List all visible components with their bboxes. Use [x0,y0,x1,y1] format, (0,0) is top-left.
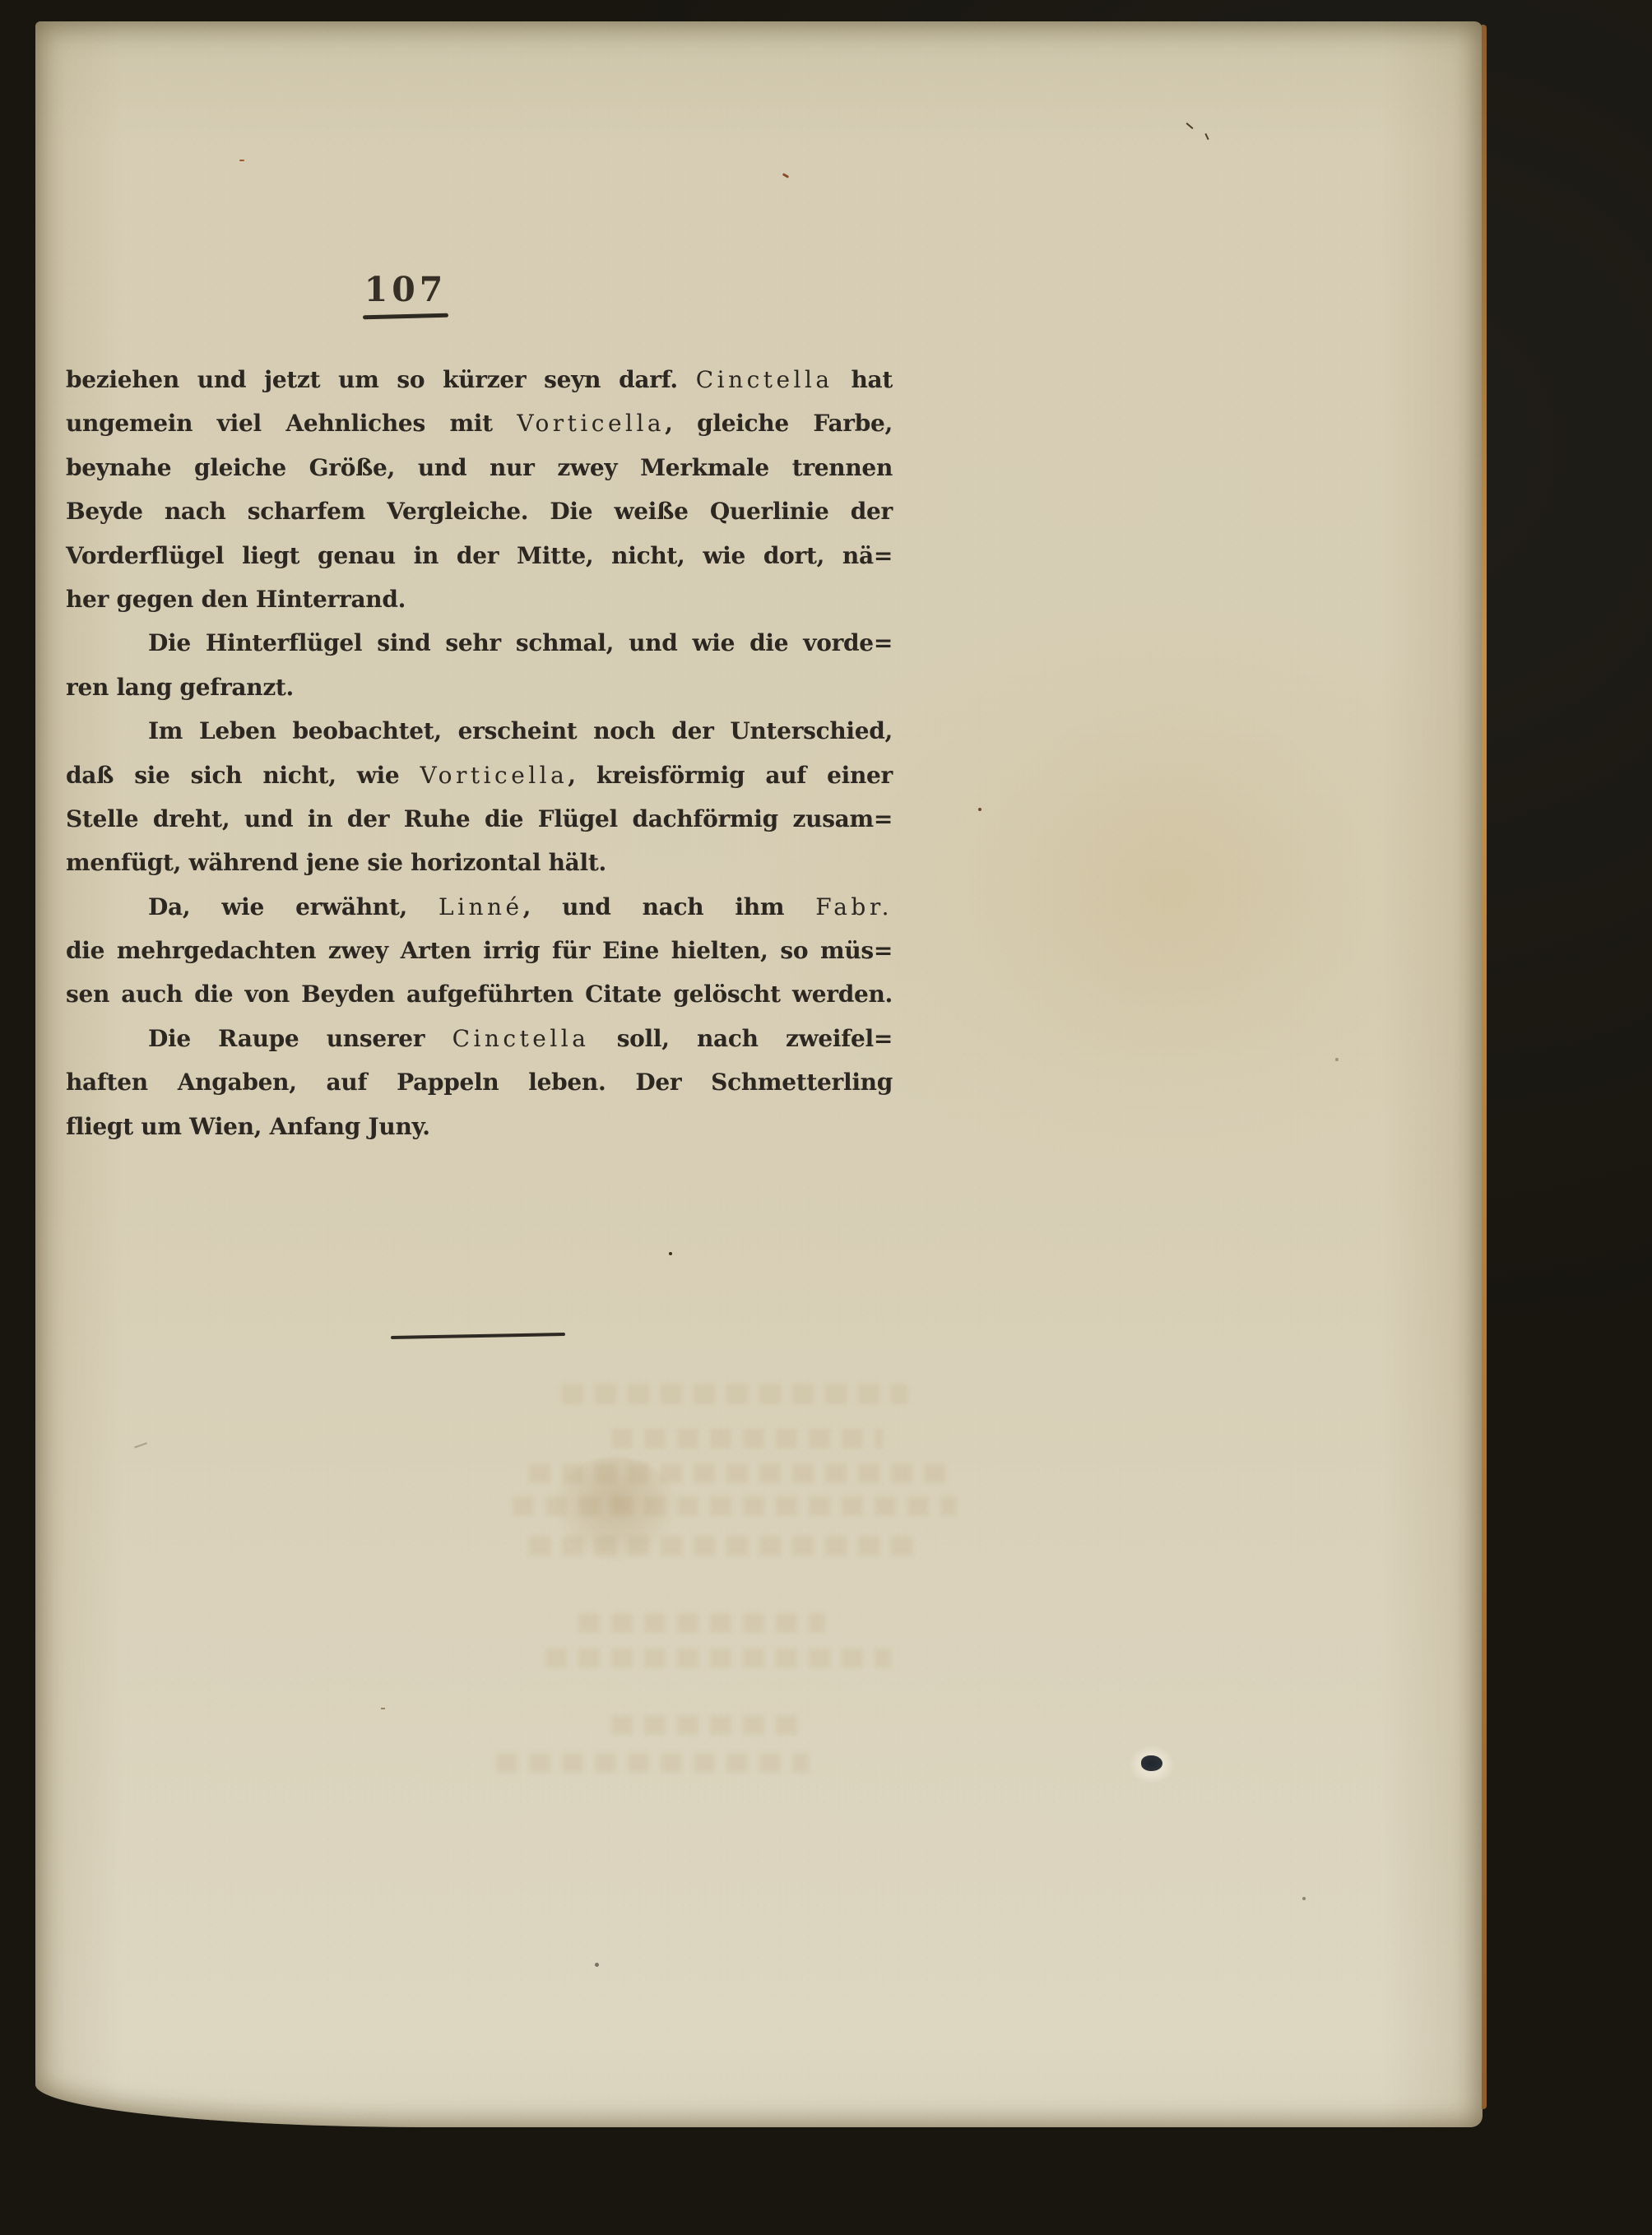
dust-speck [669,1252,672,1255]
paper-hole [1141,1755,1162,1771]
fraktur-text: beynahe gleiche Größe, und nur zwey Merk… [66,454,893,481]
verso-bleed-through [529,1536,924,1556]
fraktur-text: Die Hinterflügel sind sehr schmal, und w… [148,629,893,656]
verso-bleed-through [496,1753,809,1773]
text-line: menfügt, während jene sie horizontal häl… [66,841,893,884]
fraktur-text: , und nach ihm [523,893,816,920]
section-divider-rule [391,1333,565,1339]
fraktur-text: hat [833,366,893,393]
fraktur-text: Vorderflügel liegt genau in der Mitte, n… [66,542,893,569]
verso-bleed-through [611,1715,809,1735]
text-line: fliegt um Wien, Anfang Juny. [66,1105,893,1148]
text-line: daß sie sich nicht, wie Vorticella, krei… [66,754,893,797]
fraktur-text: Beyde nach scharfem Vergleiche. Die weiß… [66,498,893,525]
fraktur-text: beziehen und jetzt um so kürzer seyn dar… [66,366,696,393]
text-line: Stelle dreht, und in der Ruhe die Flügel… [66,797,893,841]
text-line: Beyde nach scharfem Vergleiche. Die weiß… [66,489,893,533]
dust-speck [978,808,981,811]
page-number-underline [363,313,448,320]
dust-speck [595,1963,599,1967]
text-line: ren lang gefranzt. [66,665,893,709]
latin-species-text: Fabr. [815,893,893,920]
text-line: haften Angaben, auf Pappeln leben. Der S… [66,1060,893,1104]
text-line: Die Raupe unserer Cinctella soll, nach z… [66,1017,893,1060]
fraktur-text: Die Raupe unserer [148,1025,452,1052]
dust-speck [1302,1897,1306,1900]
fraktur-text: sen auch die von Beyden aufgeführten Cit… [66,981,893,1008]
verso-bleed-through [578,1613,825,1633]
text-line: sen auch die von Beyden aufgeführten Cit… [66,972,893,1016]
text-line: her gegen den Hinterrand. [66,577,893,621]
paper-fiber [134,1442,147,1448]
text-line: Die Hinterflügel sind sehr schmal, und w… [66,621,893,665]
fraktur-text: Im Leben beobachtet, erscheint noch der … [148,717,893,744]
latin-species-text: Linné [439,893,523,920]
dust-speck [1335,1058,1339,1061]
latin-species-text: Vorticella [420,762,568,789]
fraktur-text: , kreisförmig auf einer [568,762,893,789]
fraktur-text: , gleiche Farbe, [665,410,893,437]
page-number: 107 [362,273,449,307]
fraktur-text: her gegen den Hinterrand. [66,586,406,613]
text-line: Vorderflügel liegt genau in der Mitte, n… [66,534,893,577]
dust-speck [1186,123,1194,129]
fraktur-text: daß sie sich nicht, wie [66,762,420,789]
verso-bleed-through [562,1384,907,1404]
latin-species-text: Cinctella [696,366,833,393]
fraktur-text: Stelle dreht, und in der Ruhe die Flügel… [66,805,893,832]
body-text: beziehen und jetzt um so kürzer seyn dar… [66,358,893,1148]
dust-speck [1204,133,1209,140]
fraktur-text: die mehrgedachten zwey Arten irrig für E… [66,937,893,964]
fraktur-text: ungemein viel Aehnliches mit [66,410,517,437]
paper-discoloration [957,704,1385,1083]
latin-species-text: Cinctella [452,1025,590,1052]
verso-bleed-through [513,1496,957,1516]
dust-speck [381,1708,385,1709]
text-line: Im Leben beobachtet, erscheint noch der … [66,709,893,753]
fraktur-text: soll, nach zweifel= [589,1025,893,1052]
fraktur-text: fliegt um Wien, Anfang Juny. [66,1113,430,1140]
dust-speck [782,173,789,179]
fraktur-text: haften Angaben, auf Pappeln leben. Der S… [66,1069,893,1096]
verso-bleed-through [545,1648,891,1668]
fraktur-text: menfügt, während jene sie horizontal häl… [66,849,606,876]
page-header: 107 [362,273,449,318]
verso-bleed-through [529,1463,957,1483]
scan-background: 107 beziehen und jetzt um so kürzer seyn… [0,0,1652,2235]
text-line: beynahe gleiche Größe, und nur zwey Merk… [66,446,893,489]
text-line: ungemein viel Aehnliches mit Vorticella,… [66,401,893,445]
text-line: Da, wie erwähnt, Linné, und nach ihm Fab… [66,885,893,929]
text-line: die mehrgedachten zwey Arten irrig für E… [66,929,893,972]
text-line: beziehen und jetzt um so kürzer seyn dar… [66,358,893,401]
verso-bleed-through [611,1429,883,1449]
dust-speck [239,160,244,161]
latin-species-text: Vorticella [517,410,665,437]
book-page: 107 beziehen und jetzt um so kürzer seyn… [35,21,1483,2127]
fraktur-text: ren lang gefranzt. [66,674,294,701]
fraktur-text: Da, wie erwähnt, [148,893,439,920]
